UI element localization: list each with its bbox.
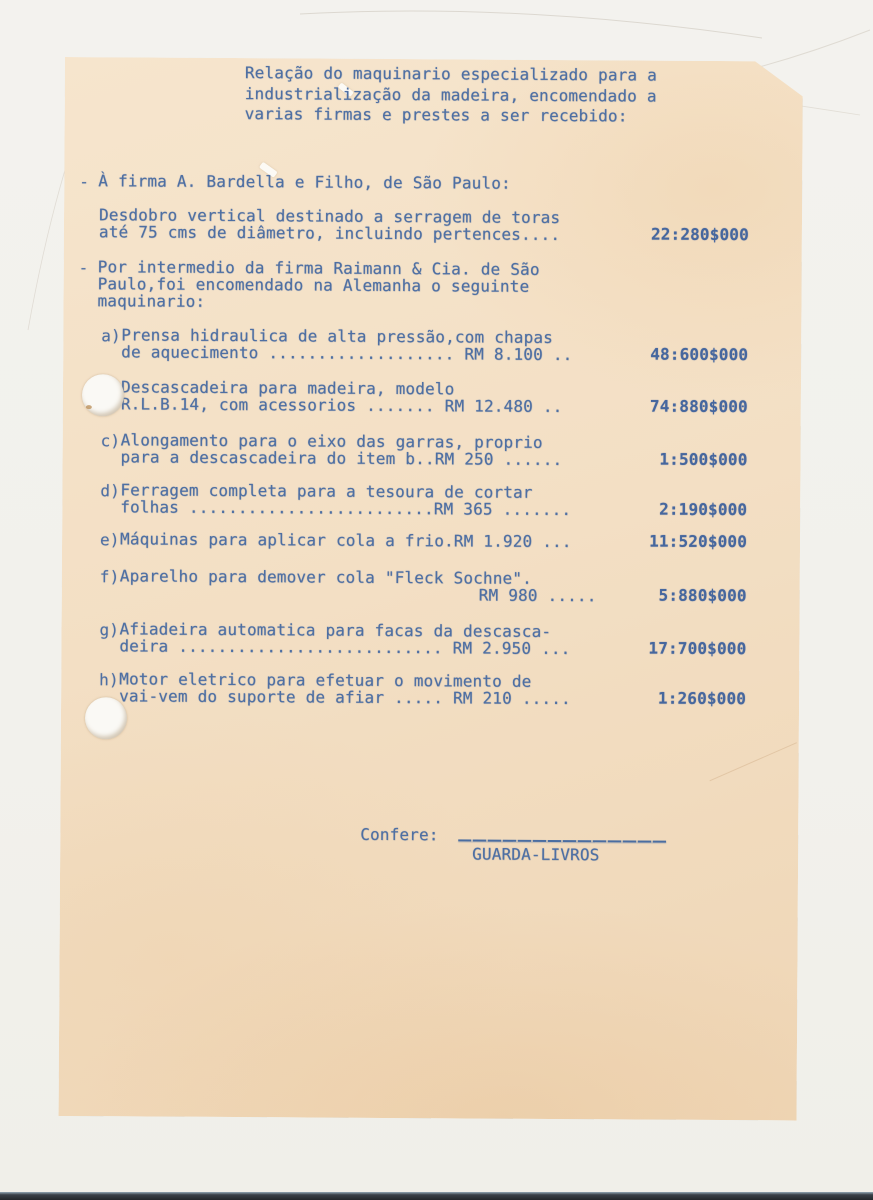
entry-line: vai-vem do suporte de afiar ..... RM 210… — [119, 687, 746, 708]
entry-h: h) Motor eletrico para efetuar o movimen… — [119, 670, 746, 708]
entry-amount: 1:260$000 — [658, 690, 746, 708]
section-header-line: À firma A. Bardella e Filho, de São Paul… — [98, 172, 511, 192]
entry-g: g) Afiadeira automatica para facas da de… — [119, 620, 746, 658]
entry-amount: 22:280$000 — [651, 226, 749, 244]
entry-e: e) Máquinas para aplicar cola a frio.RM … — [120, 530, 747, 551]
entry-amount: 74:880$000 — [650, 398, 748, 416]
entry-label: f) — [100, 567, 120, 586]
paper-sheet: Relação do maquinario especializado para… — [59, 57, 803, 1120]
entry-label: e) — [100, 530, 120, 549]
entry-line: RM 980 ..... — [120, 584, 747, 605]
entry-a: a) Prensa hidraulica de alta pressão,com… — [121, 326, 748, 364]
entry-d: d) Ferragem completa para a tesoura de c… — [120, 481, 747, 519]
entry-line: folhas .........................RM 365 .… — [120, 498, 747, 519]
title-line: Relação do maquinario especializado para… — [245, 63, 657, 86]
scanned-document: Relação do maquinario especializado para… — [0, 0, 873, 1200]
entry-amount: 17:700$000 — [648, 640, 746, 658]
entry-b: b) Descascadeira para madeira, modelo R.… — [121, 378, 748, 416]
signature-title: GUARDA-LIVROS — [472, 846, 599, 864]
section-1-header: - À firma A. Bardella e Filho, de São Pa… — [98, 172, 511, 192]
title-line: varias firmas e prestes a ser recebido: — [245, 104, 657, 127]
entry-amount: 2:190$000 — [659, 501, 747, 519]
confere-label: Confere: — [360, 826, 438, 843]
entry-amount: 11:520$000 — [649, 533, 747, 551]
paper-crease — [709, 742, 796, 781]
entry-label: d) — [100, 481, 120, 500]
entry-c: c) Alongamento para o eixo das garras, p… — [121, 431, 748, 469]
section-dash-marker: - — [79, 172, 89, 191]
entry-line: para a descascadeira do item b..RM 250 .… — [121, 448, 748, 469]
entry-label: c) — [101, 431, 121, 450]
entry-line: Aparelho para demover cola "Fleck Sochne… — [120, 567, 747, 588]
hole-punch — [82, 374, 124, 416]
entry-amount: 48:600$000 — [650, 346, 748, 364]
title-line: industrialização da madeira, encomendado… — [245, 84, 657, 107]
section-dash-marker: - — [79, 258, 89, 277]
entry-label: g) — [99, 620, 119, 639]
hole-punch — [85, 697, 127, 739]
signature-line — [458, 839, 666, 842]
entry-label: h) — [99, 670, 119, 689]
entry-label: a) — [101, 326, 121, 345]
document-title: Relação do maquinario especializado para… — [245, 63, 657, 127]
scanner-edge-strip — [0, 1192, 873, 1200]
section-2-header: - Por intermedio da firma Raimann & Cia.… — [97, 258, 539, 312]
entry-amount: 1:500$000 — [659, 451, 747, 469]
entry-amount: 5:880$000 — [659, 587, 747, 605]
entry-desdobro: Desdobro vertical destinado a serragem d… — [99, 206, 749, 244]
entry-f: f) Aparelho para demover cola "Fleck Soc… — [120, 567, 747, 605]
